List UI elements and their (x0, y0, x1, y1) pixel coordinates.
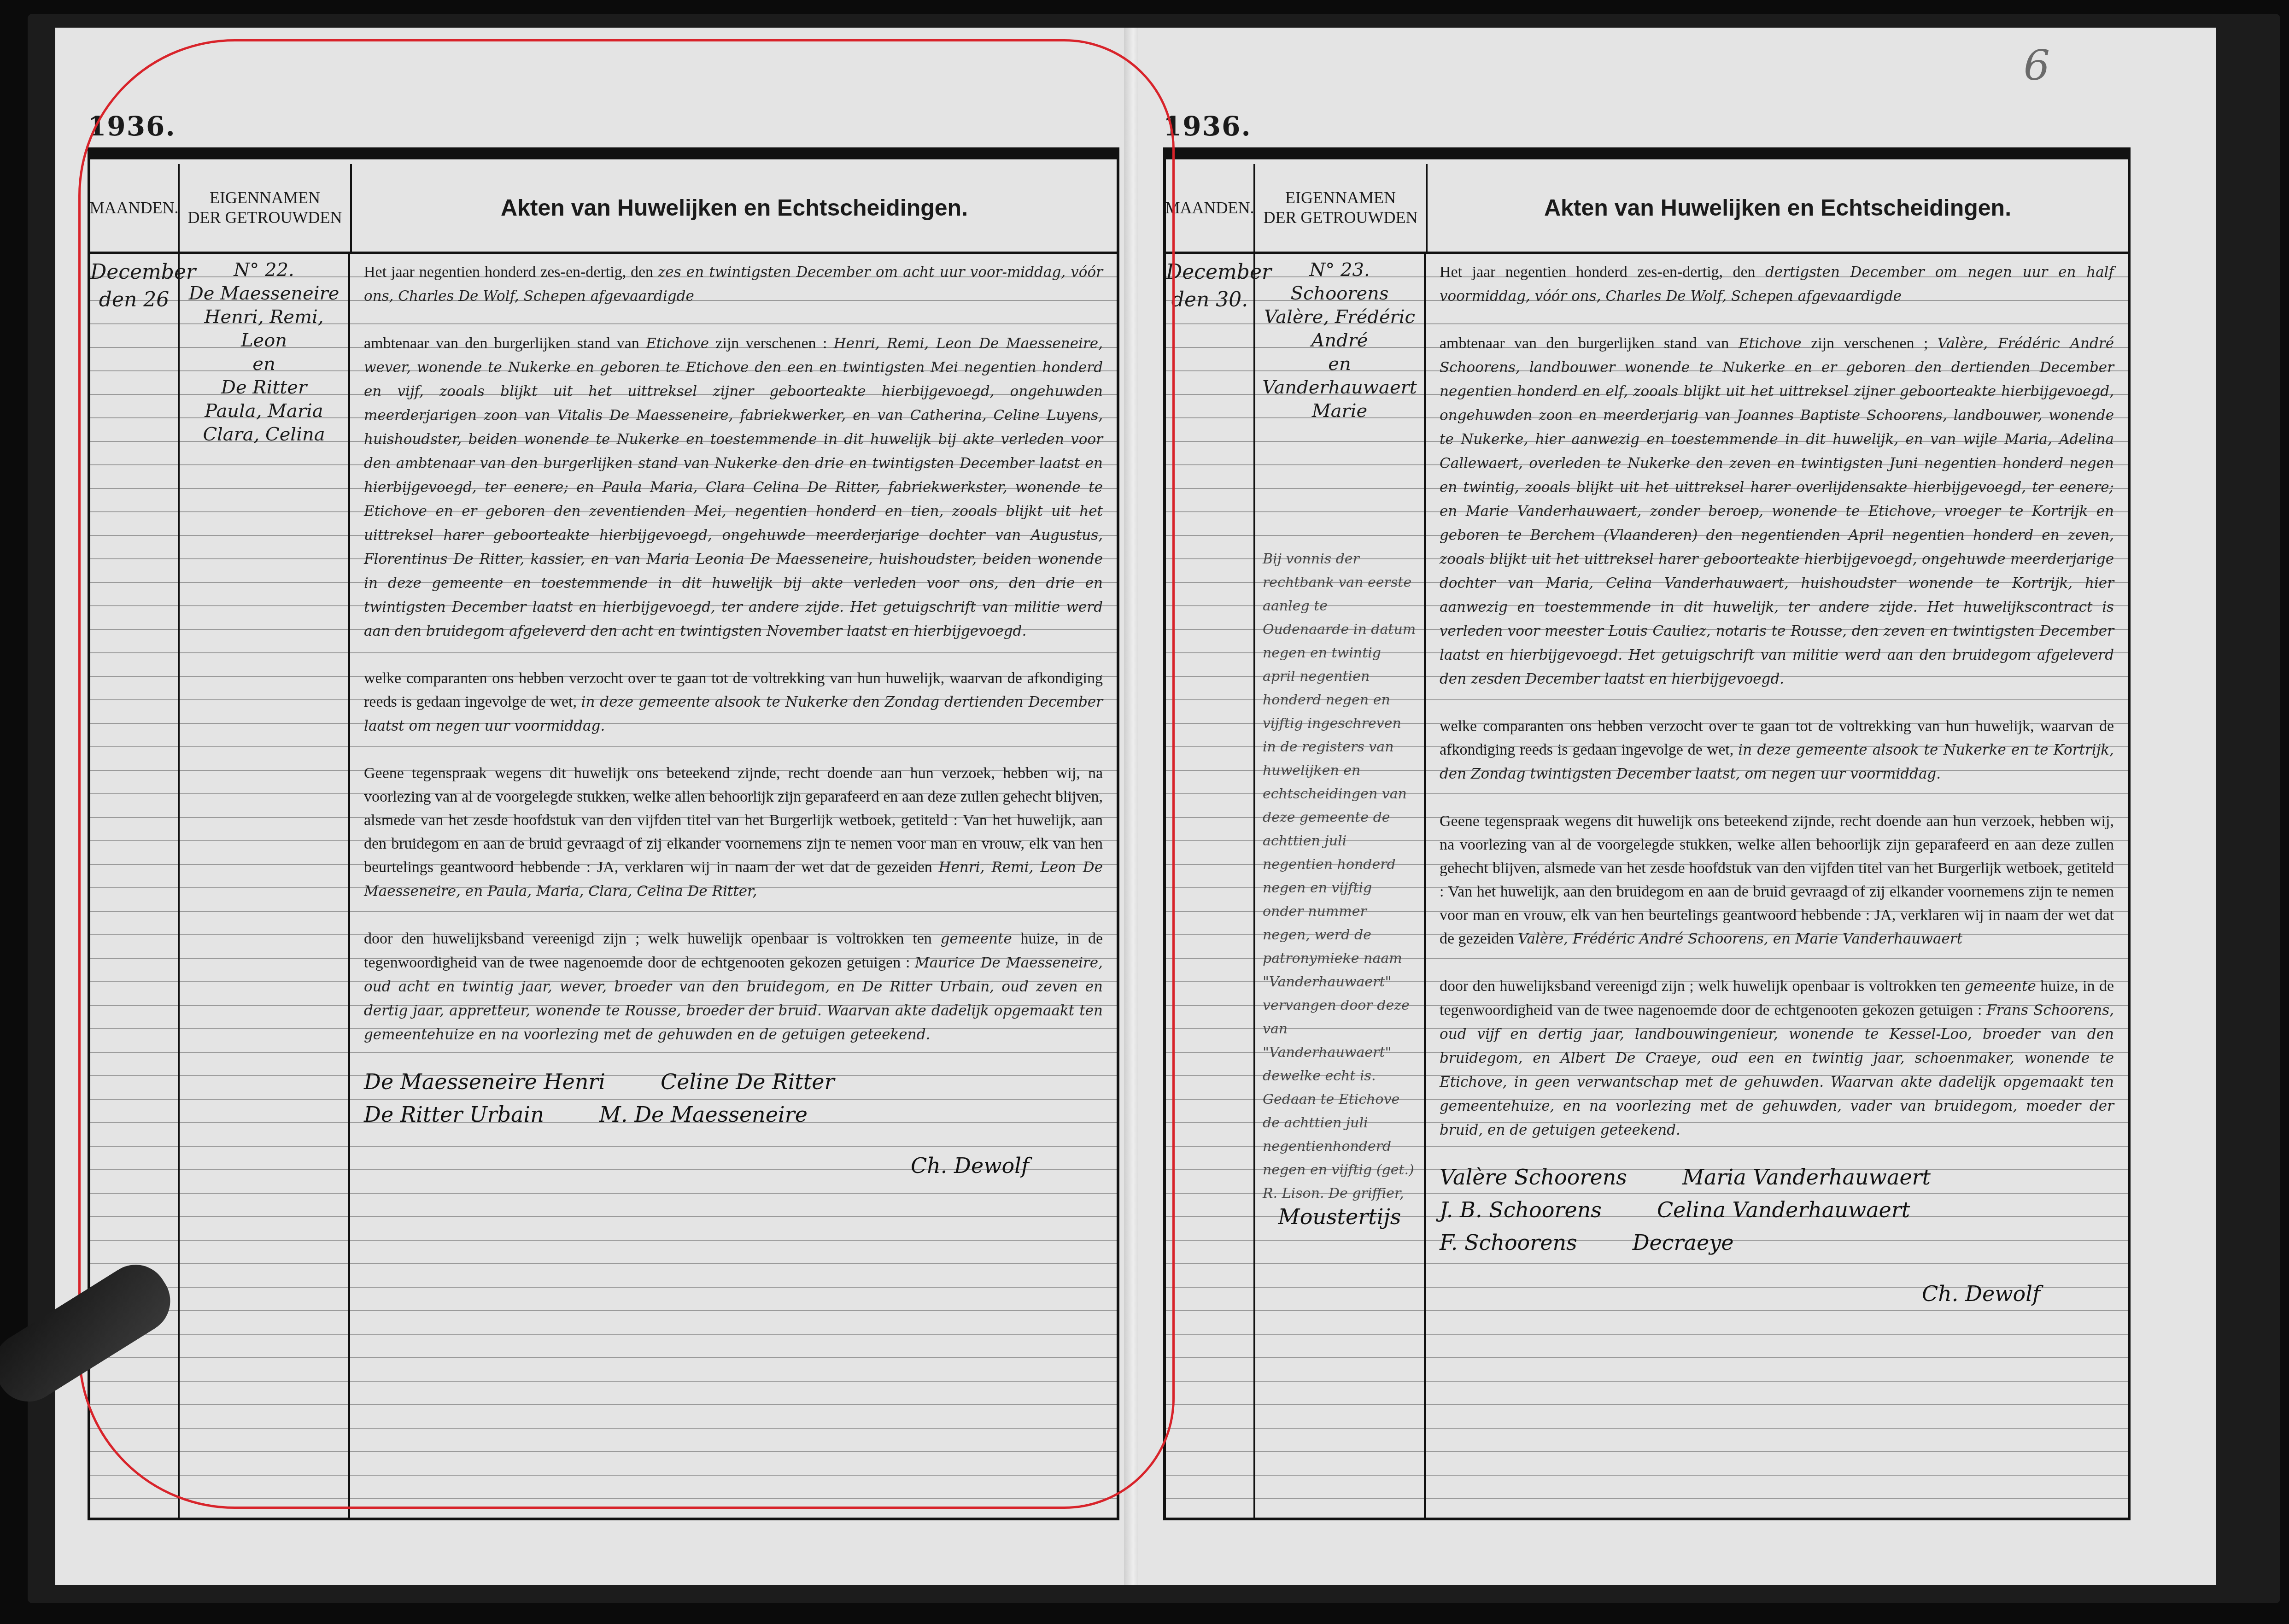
entry-row: December den 26 N° 22. De Maesseneire He… (90, 254, 1117, 1518)
signatures: De Ritter Urbain M. De Maesseneire (364, 1103, 1103, 1126)
official-signature: Ch. Dewolf (1440, 1282, 2114, 1306)
header-title: Akten van Huwelijken en Echtscheidingen. (352, 164, 1117, 252)
margin-note: Bij vonnis der rechtbank van eerste aanl… (1255, 547, 1424, 1205)
signature: M. De Maesseneire (599, 1103, 808, 1126)
paragraph-banns: welke comparanten ons hebben verzocht ov… (1440, 715, 2114, 786)
paragraph-parties: ambtenaar van den burgerlijken stand van… (1440, 332, 2114, 691)
year-heading: 1936. (1163, 111, 1252, 142)
signatures: F. Schoorens Decraeye (1440, 1231, 2114, 1255)
paragraph-witnesses: door den huwelijksband vereenigd zijn ; … (1440, 974, 2114, 1142)
entry-row: December den 30. N° 23. Schoorens Valère… (1166, 254, 2128, 1518)
signature: De Ritter Urbain (364, 1103, 544, 1126)
table-header: MAANDEN. EIGENNAMEN DER GETROUWDEN Akten… (90, 164, 1117, 254)
signature: Celina Vanderhauwaert (1657, 1198, 1910, 1222)
entry-text: Het jaar negentien honderd zes-en-dertig… (350, 254, 1117, 1518)
header-names: EIGENNAMEN DER GETROUWDEN (1255, 164, 1428, 252)
signature: F. Schoorens (1440, 1231, 1577, 1255)
act-number: N° 22. (180, 258, 348, 282)
official-signature: Ch. Dewolf (364, 1154, 1103, 1178)
paragraph-declaration: Geene tegenspraak wegens dit huwelijk on… (364, 762, 1103, 903)
header-title: Akten van Huwelijken en Echtscheidingen. (1428, 164, 2128, 252)
header-names: EIGENNAMEN DER GETROUWDEN (180, 164, 352, 252)
register-table: MAANDEN. EIGENNAMEN DER GETROUWDEN Akten… (88, 147, 1119, 1520)
page-number: 6 (2024, 41, 2050, 90)
signature: Valère Schoorens (1440, 1166, 1627, 1189)
header-months: MAANDEN. (1166, 164, 1255, 252)
paragraph-opening: Het jaar negentien honderd zes-en-dertig… (364, 260, 1103, 308)
entry-text: Het jaar negentien honderd zes-en-dertig… (1426, 254, 2128, 1518)
left-page: 1936. MAANDEN. EIGENNAMEN DER GETROUWDEN… (55, 28, 1129, 1585)
header-months: MAANDEN. (90, 164, 180, 252)
signature: Maria Vanderhauwaert (1682, 1166, 1931, 1189)
table-header: MAANDEN. EIGENNAMEN DER GETROUWDEN Akten… (1166, 164, 2128, 254)
year-heading: 1936. (88, 111, 176, 142)
entry-names: N° 22. De Maesseneire Henri, Remi, Leon … (180, 254, 350, 1518)
act-number: N° 23. (1255, 258, 1424, 282)
paragraph-opening: Het jaar negentien honderd zes-en-dertig… (1440, 260, 2114, 308)
signature: Decraeye (1633, 1231, 1734, 1255)
entry-names: N° 23. Schoorens Valère, Frédéric André … (1255, 254, 1426, 1518)
signatures: De Maesseneire Henri Celine De Ritter (364, 1070, 1103, 1094)
margin-signature: Moustertijs (1255, 1205, 1424, 1229)
entry-date: December den 30. (1166, 254, 1255, 1518)
register-table: MAANDEN. EIGENNAMEN DER GETROUWDEN Akten… (1163, 147, 2131, 1520)
paragraph-banns: welke comparanten ons hebben verzocht ov… (364, 667, 1103, 738)
right-page: 6 1936. MAANDEN. EIGENNAMEN DER GETROUWD… (1138, 28, 2216, 1585)
paragraph-parties: ambtenaar van den burgerlijken stand van… (364, 332, 1103, 643)
signature: J. B. Schoorens (1440, 1198, 1602, 1222)
paragraph-witnesses: door den huwelijksband vereenigd zijn ; … (364, 927, 1103, 1047)
signatures: J. B. Schoorens Celina Vanderhauwaert (1440, 1198, 2114, 1222)
signature: De Maesseneire Henri (364, 1070, 605, 1094)
signatures: Valère Schoorens Maria Vanderhauwaert (1440, 1166, 2114, 1189)
paragraph-declaration: Geene tegenspraak wegens dit huwelijk on… (1440, 809, 2114, 951)
signature: Celine De Ritter (661, 1070, 835, 1094)
